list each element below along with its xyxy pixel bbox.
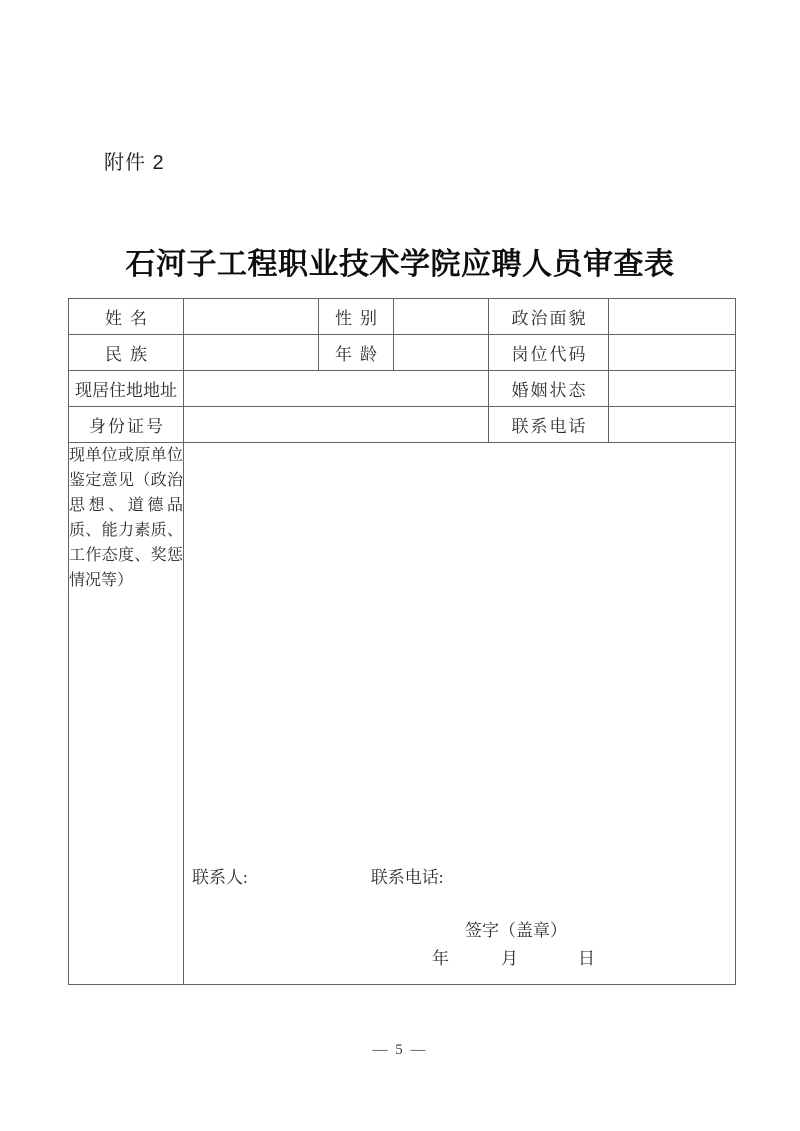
political-status-label: 政治面貌 bbox=[489, 299, 609, 335]
address-value-cell bbox=[184, 371, 489, 407]
political-status-value-cell bbox=[609, 299, 736, 335]
table-row: 身份证号 联系电话 bbox=[69, 407, 736, 443]
address-label: 现居住地地址 bbox=[69, 371, 184, 407]
contact-phone-label: 联系电话: bbox=[371, 868, 444, 887]
position-code-label: 岗位代码 bbox=[489, 335, 609, 371]
phone-value-cell bbox=[609, 407, 736, 443]
review-form-table: 姓名 性别 政治面貌 民族 年龄 岗位代码 现居住地地址 婚姻状态 身份证号 联… bbox=[68, 298, 736, 985]
day-label: 日 bbox=[578, 949, 595, 968]
table-row: 民族 年龄 岗位代码 bbox=[69, 335, 736, 371]
table-row: 现居住地地址 婚姻状态 bbox=[69, 371, 736, 407]
name-value-cell bbox=[184, 299, 319, 335]
signature-label: 签字（盖章） bbox=[184, 921, 735, 941]
table-row: 现单位或原单位鉴定意见（政治思想、道德品质、能力素质、工作态度、奖惩情况等） 联… bbox=[69, 443, 736, 985]
phone-label: 联系电话 bbox=[489, 407, 609, 443]
gender-label: 性别 bbox=[319, 299, 394, 335]
date-line: 年月日 bbox=[184, 949, 735, 968]
attachment-label: 附件 2 bbox=[104, 146, 165, 175]
ethnicity-label: 民族 bbox=[69, 335, 184, 371]
page-number: — 5 — bbox=[0, 1042, 800, 1059]
marital-status-label: 婚姻状态 bbox=[489, 371, 609, 407]
id-number-label: 身份证号 bbox=[69, 407, 184, 443]
contact-person-label: 联系人: bbox=[192, 868, 248, 887]
table-row: 姓名 性别 政治面貌 bbox=[69, 299, 736, 335]
ethnicity-value-cell bbox=[184, 335, 319, 371]
gender-value-cell bbox=[394, 299, 489, 335]
age-label: 年龄 bbox=[319, 335, 394, 371]
id-number-value-cell bbox=[184, 407, 489, 443]
appraisal-content-cell: 联系人:联系电话: 签字（盖章） 年月日 bbox=[184, 443, 736, 985]
year-label: 年 bbox=[432, 949, 449, 968]
age-value-cell bbox=[394, 335, 489, 371]
contact-line: 联系人:联系电话: bbox=[184, 868, 735, 887]
position-code-value-cell bbox=[609, 335, 736, 371]
form-title: 石河子工程职业技术学院应聘人员审查表 bbox=[0, 239, 800, 283]
month-label: 月 bbox=[501, 949, 518, 968]
marital-status-value-cell bbox=[609, 371, 736, 407]
appraisal-label-cell: 现单位或原单位鉴定意见（政治思想、道德品质、能力素质、工作态度、奖惩情况等） bbox=[69, 443, 184, 985]
appraisal-label: 现单位或原单位鉴定意见（政治思想、道德品质、能力素质、工作态度、奖惩情况等） bbox=[69, 443, 183, 593]
name-label: 姓名 bbox=[69, 299, 184, 335]
document-page: 附件 2 石河子工程职业技术学院应聘人员审查表 姓名 性别 政治面貌 民族 年龄… bbox=[0, 0, 800, 1131]
